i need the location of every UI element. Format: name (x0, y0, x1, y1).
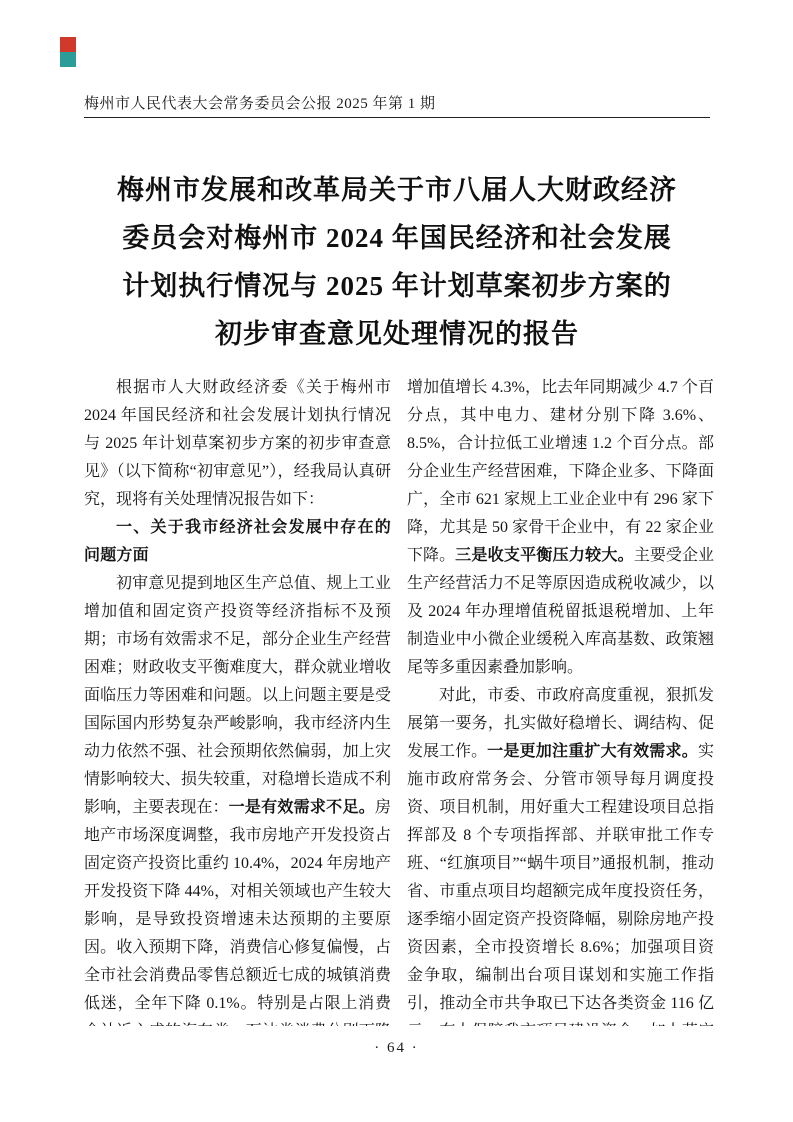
teal-square-icon (60, 52, 76, 67)
emphasis-run: 三是收支平衡压力较大。 (455, 547, 634, 564)
document-body: 根据市人大财政经济委《关于梅州市 2024 年国民经济和社会发展计划执行情况与 … (84, 374, 714, 1026)
emphasis-run: 一是有效需求不足。 (229, 799, 375, 816)
page-title: 梅州市发展和改革局关于市八届人大财政经济委员会对梅州市 2024 年国民经济和社… (60, 166, 734, 358)
body-paragraph: 一、关于我市经济社会发展中存在的问题方面 (84, 514, 391, 570)
body-paragraph: 增加值增长 4.3%，比去年同期减少 4.7 个百分点，其中电力、建材分别下降 … (407, 374, 714, 682)
text-run: 初审意见提到地区生产总值、规上工业增加值和固定资产投资等经济指标不及预期；市场有… (84, 575, 391, 816)
title-line: 初步审查意见处理情况的报告 (60, 310, 734, 358)
red-square-icon (60, 37, 76, 52)
title-line: 梅州市发展和改革局关于市八届人大财政经济 (60, 166, 734, 214)
emphasis-run: 一、关于我市经济社会发展中存在的问题方面 (84, 519, 391, 564)
title-line: 委员会对梅州市 2024 年国民经济和社会发展 (60, 214, 734, 262)
page-number: · 64 · (0, 1040, 793, 1057)
body-column-right: 增加值增长 4.3%，比去年同期减少 4.7 个百分点，其中电力、建材分别下降 … (407, 374, 714, 1026)
text-run: 根据市人大财政经济委《关于梅州市 2024 年国民经济和社会发展计划执行情况与 … (84, 379, 391, 508)
emphasis-run: 一是更加注重扩大有效需求。 (487, 743, 698, 760)
body-column-left: 根据市人大财政经济委《关于梅州市 2024 年国民经济和社会发展计划执行情况与 … (84, 374, 391, 1026)
text-run: 增加值增长 4.3%，比去年同期减少 4.7 个百分点，其中电力、建材分别下降 … (407, 379, 714, 564)
text-run: 实施市政府常务会、分管市领导每月调度投资、项目机制，用好重大工程建设项目总指挥部… (407, 743, 714, 1026)
corner-marks (60, 37, 76, 67)
body-paragraph: 对此，市委、市政府高度重视，狠抓发展第一要务，扎实做好稳增长、调结构、促发展工作… (407, 682, 714, 1026)
header-divider (84, 117, 710, 118)
document-page: 梅州市人民代表大会常务委员会公报 2025 年第 1 期 梅州市发展和改革局关于… (0, 0, 793, 1122)
text-run: 主要受企业生产经营活力不足等原因造成税收减少，以及 2024 年办理增值税留抵退… (407, 547, 714, 676)
text-run: 房地产市场深度调整，我市房地产开发投资占固定资产投资比重约 10.4%，2024… (84, 799, 391, 1026)
body-paragraph: 初审意见提到地区生产总值、规上工业增加值和固定资产投资等经济指标不及预期；市场有… (84, 570, 391, 1026)
journal-header: 梅州市人民代表大会常务委员会公报 2025 年第 1 期 (84, 92, 710, 113)
title-line: 计划执行情况与 2025 年计划草案初步方案的 (60, 262, 734, 310)
body-paragraph: 根据市人大财政经济委《关于梅州市 2024 年国民经济和社会发展计划执行情况与 … (84, 374, 391, 514)
